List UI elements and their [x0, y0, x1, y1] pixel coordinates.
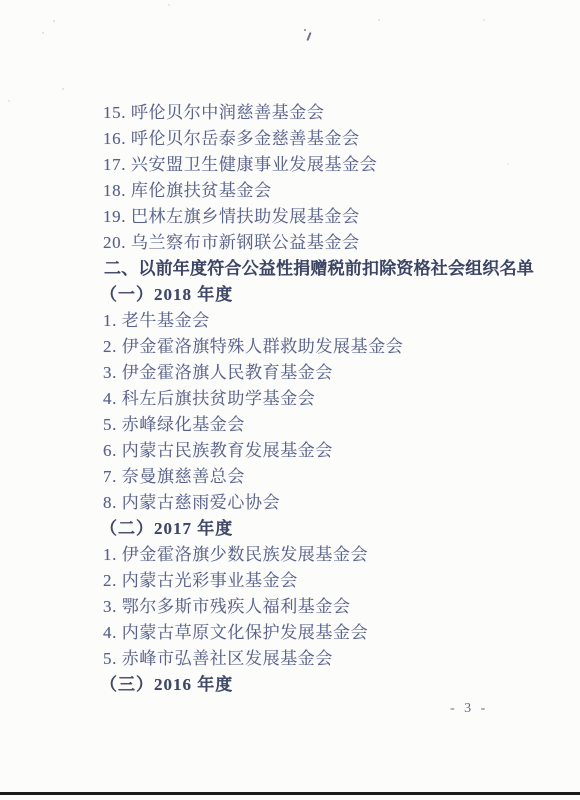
list-item: 16. 呼伦贝尔岳泰多金慈善基金会 — [100, 126, 570, 152]
scan-speck — [168, 4, 170, 6]
list-item: 1. 伊金霍洛旗少数民族发展基金会 — [100, 542, 570, 568]
list-item: 15. 呼伦贝尔中润慈善基金会 — [100, 100, 570, 126]
list-item: 1. 老牛基金会 — [100, 308, 570, 334]
section-heading: 二、以前年度符合公益性捐赠税前扣除资格社会组织名单 — [100, 256, 570, 282]
scan-speck — [378, 19, 380, 21]
scan-speck — [42, 32, 44, 34]
year-subsections: （一）2018 年度1. 老牛基金会2. 伊金霍洛旗特殊人群救助发展基金会3. … — [100, 282, 570, 698]
list-item: 18. 库伦旗扶贫基金会 — [100, 178, 570, 204]
scan-mark — [306, 32, 311, 41]
list-item: 4. 科左后旗扶贫助学基金会 — [100, 386, 570, 412]
subsection-title: （二）2017 年度 — [100, 516, 570, 542]
list-item: 20. 乌兰察布市新钢联公益基金会 — [100, 230, 570, 256]
scanned-document-page: 15. 呼伦贝尔中润慈善基金会16. 呼伦贝尔岳泰多金慈善基金会17. 兴安盟卫… — [0, 0, 580, 800]
scan-speck — [8, 100, 10, 102]
scan-speck — [304, 29, 306, 31]
subsection-title: （一）2018 年度 — [100, 282, 570, 308]
list-item: 5. 赤峰绿化基金会 — [100, 412, 570, 438]
subsection-title: （三）2016 年度 — [100, 672, 570, 698]
list-item: 3. 伊金霍洛旗人民教育基金会 — [100, 360, 570, 386]
scan-bottom-edge — [0, 792, 580, 795]
page-number: - 3 - — [450, 701, 488, 717]
list-item: 3. 鄂尔多斯市残疾人福利基金会 — [100, 594, 570, 620]
list-item: 17. 兴安盟卫生健康事业发展基金会 — [100, 152, 570, 178]
prior-approved-list: 15. 呼伦贝尔中润慈善基金会16. 呼伦贝尔岳泰多金慈善基金会17. 兴安盟卫… — [100, 100, 570, 256]
list-item: 4. 内蒙古草原文化保护发展基金会 — [100, 620, 570, 646]
list-item: 19. 巴林左旗乡情扶助发展基金会 — [100, 204, 570, 230]
scan-speck — [62, 88, 64, 90]
scan-speck — [483, 19, 485, 21]
list-item: 7. 奈曼旗慈善总会 — [100, 464, 570, 490]
list-item: 5. 赤峰市弘善社区发展基金会 — [100, 646, 570, 672]
list-item: 2. 伊金霍洛旗特殊人群救助发展基金会 — [100, 334, 570, 360]
scan-speck — [53, 20, 55, 22]
document-body: 15. 呼伦贝尔中润慈善基金会16. 呼伦贝尔岳泰多金慈善基金会17. 兴安盟卫… — [100, 100, 570, 698]
list-item: 8. 内蒙古慈雨爱心协会 — [100, 490, 570, 516]
list-item: 6. 内蒙古民族教育发展基金会 — [100, 438, 570, 464]
list-item: 2. 内蒙古光彩事业基金会 — [100, 568, 570, 594]
